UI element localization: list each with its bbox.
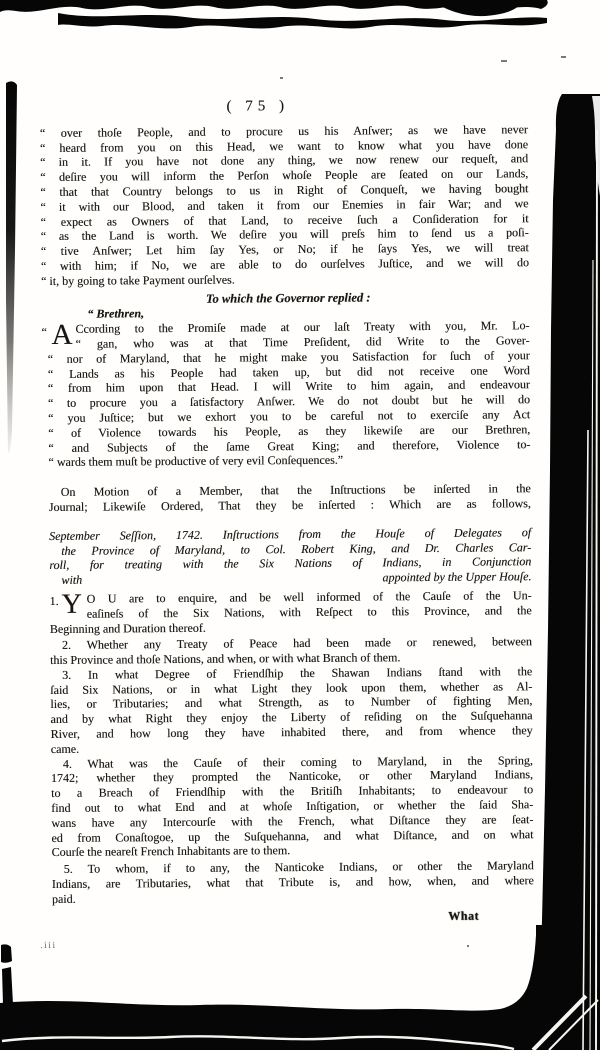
text-line: “ wards them muſt be productive of very …: [48, 452, 530, 471]
instruction-item-5: 5. To whom, if to any, the Nanticoke Ind…: [52, 858, 534, 906]
scan-artifact-bottom-white-wave: [2, 1036, 514, 1049]
governor-reply-paragraph: “ A Ccording to the Promiſe made at our …: [47, 318, 530, 470]
scan-artifact-corner-diagonal-2: [549, 1000, 598, 1050]
page-number: ( 75 ): [46, 97, 528, 116]
with-word: with: [61, 573, 82, 588]
appointed-by-upper-house-text: appointed by the Upper Houſe.: [382, 569, 531, 585]
paragraph-lines: September Seſſion, 1742. Inſtructions fr…: [49, 525, 531, 573]
paragraph-lines: Ccording to the Promiſe made at our laſt…: [47, 318, 530, 470]
scan-artifact-right-stripe-2: [590, 260, 593, 1050]
dropcap-letter-a: A: [51, 321, 72, 350]
scan-artifact-top-band: [0, 0, 548, 12]
text-line: Beginning and Duration thereof.: [50, 618, 532, 637]
margin-quote-mark: “: [41, 325, 46, 340]
instruction-item-1: 1. Y O U are to enquire, and be well inf…: [49, 588, 531, 636]
catchword-row: What: [52, 908, 534, 927]
motion-paragraph: On Motion of a Member, that the Inſtruct…: [49, 481, 531, 514]
page-content: ( 75 ) “ over thoſe People, and to procu…: [46, 97, 535, 954]
instruction-item-4: 4. What was the Cauſe of their coming to…: [51, 753, 534, 860]
text-line: “ it, by going to take Payment ourſelves…: [41, 270, 529, 289]
scan-artifact-right-band: [529, 94, 600, 1050]
catchword: What: [448, 908, 479, 922]
dropcap-letter-y: Y: [61, 591, 81, 619]
scan-artifact-left-fade-band: [6, 81, 17, 453]
speech-to-governor-paragraph: “ over thoſe People, and to procure us h…: [46, 122, 529, 289]
scan-artifact-corner-diagonal-1: [533, 996, 586, 1050]
scan-artifact-top-right-blob: [432, 0, 523, 16]
instruction-item-3: 3. In what Degree of Friendſhip the Shaw…: [50, 664, 533, 757]
scan-artifact-right-stripe-1: [583, 430, 588, 1050]
session-instructions-heading: September Seſſion, 1742. Inſtructions fr…: [49, 525, 531, 588]
scan-artifact-bottom-left-bar: [1, 944, 13, 1005]
paragraph-lines: O U are to enquire, and be well informed…: [49, 588, 531, 636]
item-1-number: 1.: [50, 594, 59, 609]
instruction-item-2: 2. Whether any Treaty of Peace had been …: [50, 635, 532, 668]
scan-artifact-right-white-wedge: [592, 96, 600, 196]
scan-artifact-right-stripe-3: [596, 130, 597, 1050]
text-line: Journal; Likewiſe Ordered, That they be …: [49, 496, 531, 515]
signature-mark: .iii: [40, 936, 534, 955]
text-line: Courſe the neareſt French Inhabitants ar…: [51, 842, 533, 861]
scan-artifact-top-band-2: [58, 13, 547, 28]
